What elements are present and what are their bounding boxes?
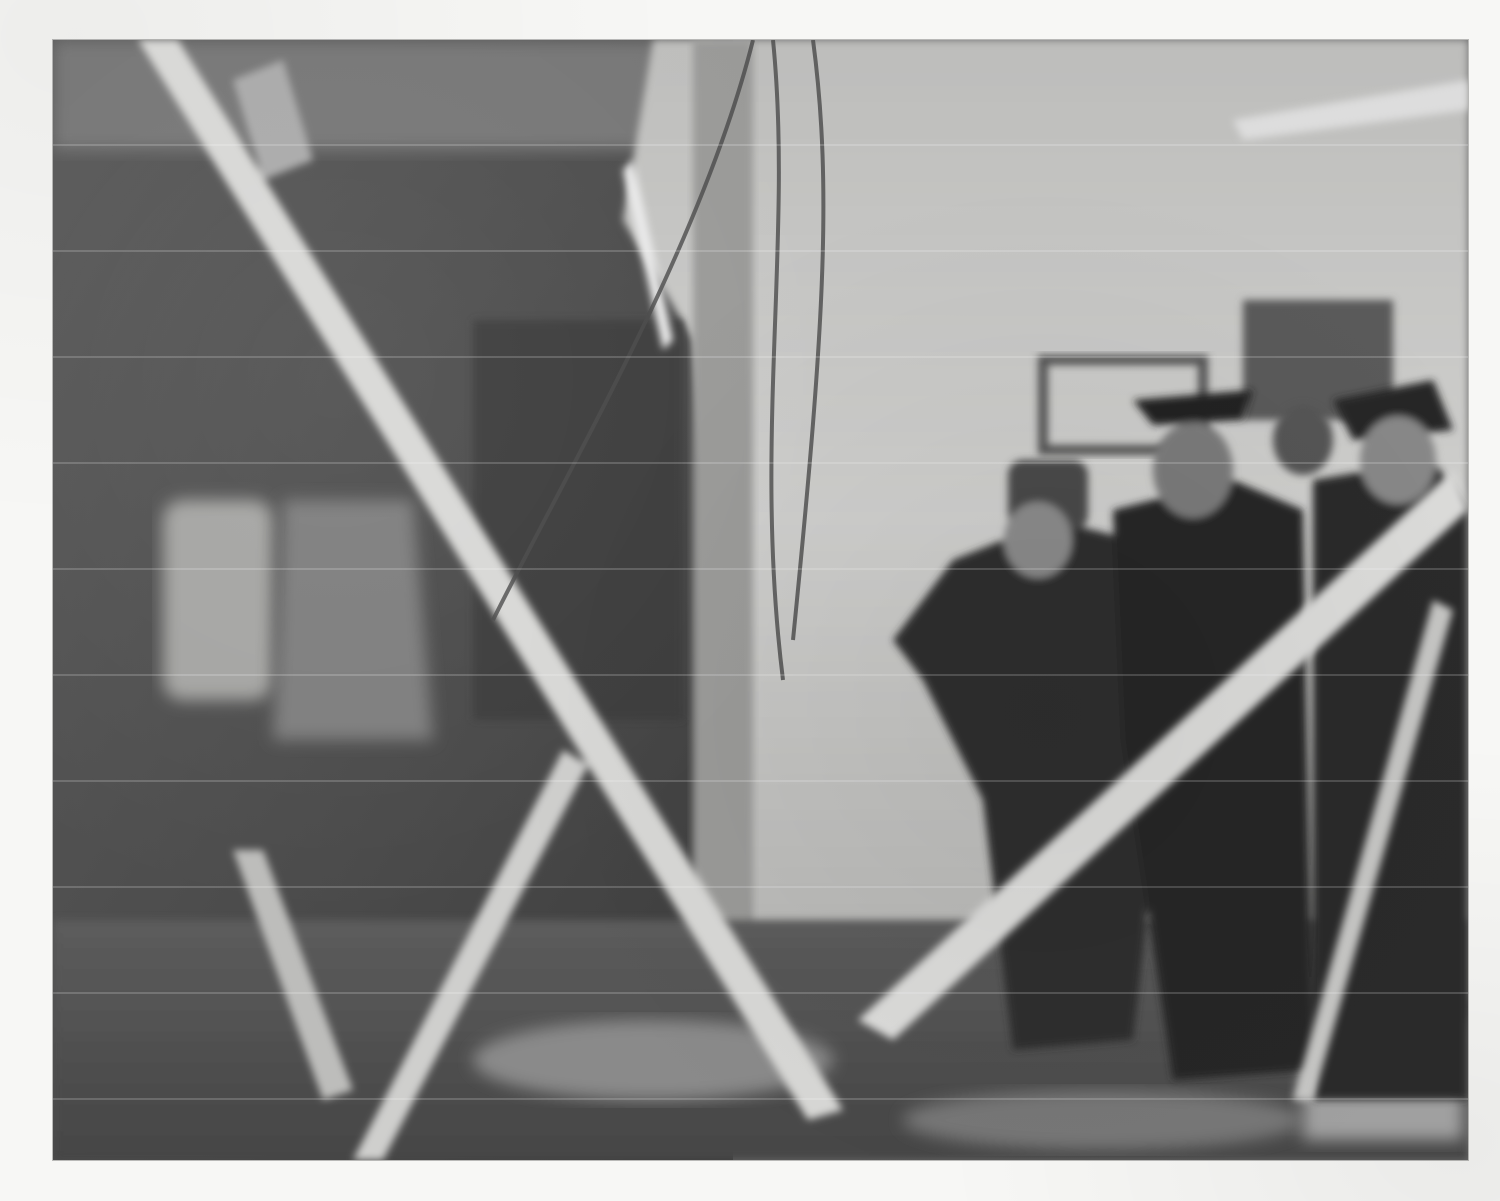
photo-scene: [53, 40, 1468, 1160]
photograph: [53, 40, 1468, 1160]
doorway: [473, 320, 683, 720]
